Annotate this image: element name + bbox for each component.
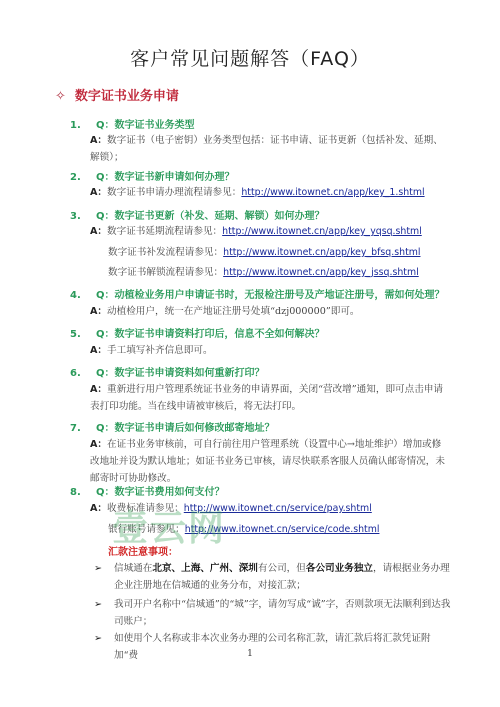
faq-question-7: 7.Q：数字证书申请后如何修改邮寄地址？ [70, 419, 275, 434]
faq-answer-3: A：数字证书延期流程请参见：http://www.itownet.cn/app/… [90, 223, 450, 240]
remit-bullet-2: ➢ 我司开户名称中“信城通”的“城”字，请勿写成“诚”字，否则款项无法顺利到达我… [94, 596, 454, 630]
arrow-bullet-icon: ➢ [94, 560, 102, 577]
faq-answer-5: A：手工填写补齐信息即可。 [90, 342, 450, 359]
key-apply-link[interactable]: http://www.itownet.cn/app/key_1.shtml [241, 187, 424, 198]
page-title: 客户常见问题解答（FAQ） [0, 44, 500, 71]
faq-question-5: 5.Q：数字证书申请资料打印后，信息不全如何解决？ [70, 325, 325, 340]
faq-question-1: 1.Q：数字证书业务类型 [70, 116, 195, 131]
faq-question-2: 2.Q：数字证书新申请如何办理？ [70, 168, 235, 183]
section-heading: ✧数字证书业务申请 [55, 85, 179, 104]
page-number: 1 [0, 649, 500, 659]
faq-answer-4: A：动植检用户，统一在产地证注册号处填“dzj000000”即可。 [90, 303, 450, 320]
arrow-bullet-icon: ➢ [94, 630, 102, 647]
faq-answer-3-extra-2: 数字证书解锁流程请参见：http://www.itownet.cn/app/ke… [108, 264, 419, 278]
faq-answer-3-extra-1: 数字证书补发流程请参见：http://www.itownet.cn/app/ke… [108, 244, 420, 258]
key-yqsq-link[interactable]: http://www.itownet.cn/app/key_yqsq.shtml [222, 226, 422, 237]
faq-answer-7: A：在证书业务审核前，可自行前往用户管理系统（设置中心→地址维护）增加或修改地址… [90, 436, 450, 487]
section-label: 数字证书业务申请 [75, 89, 179, 104]
faq-answer-6: A：重新进行用户管理系统证书业务的申请界面，关闭“营改增”通知，即可点击申请表打… [90, 381, 450, 415]
faq-question-6: 6.Q：数字证书申请资料如何重新打印？ [70, 364, 265, 379]
remit-bullet-1: ➢ 信城通在北京、上海、广州、深圳有公司，但各公司业务独立，请根据业务办理企业注… [94, 560, 454, 594]
arrow-bullet-icon: ➢ [94, 596, 102, 613]
faq-question-3: 3.Q：数字证书更新（补发、延期、解锁）如何办理？ [70, 207, 325, 222]
key-bfsq-link[interactable]: http://www.itownet.cn/app/key_bfsq.shtml [223, 247, 420, 258]
remit-heading: 汇款注意事项： [108, 543, 178, 558]
faq-question-4: 4.Q：动植检业务用户申请证书时，无报检注册号及产地证注册号，需如何处理？ [70, 286, 445, 301]
faq-question-8: 8.Q：数字证书费用如何支付？ [70, 483, 225, 498]
faq-answer-1: A：数字证书（电子密钥）业务类型包括：证书申请、证书更新（包括补发、延期、解锁）… [90, 132, 450, 166]
faq-answer-2: A：数字证书申请办理流程请参见：http://www.itownet.cn/ap… [90, 184, 450, 201]
diamond-icon: ✧ [55, 89, 66, 104]
key-jssq-link[interactable]: http://www.itownet.cn/app/key_jssq.shtml [223, 267, 419, 278]
